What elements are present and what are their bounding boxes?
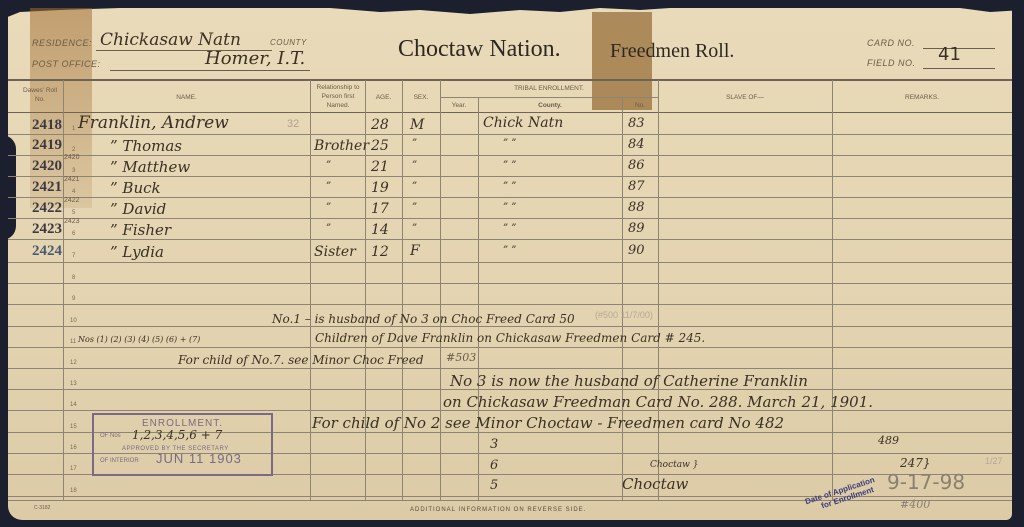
- enrollment-no: 84: [628, 137, 645, 152]
- sex: ”: [412, 181, 417, 192]
- form-number: C-3182: [34, 505, 50, 511]
- residence-label: RESIDENCE:: [32, 38, 92, 48]
- sex: M: [410, 117, 424, 133]
- note-line-11-prefix: Nos (1) (2) (3) (4) (5) (6) + (7): [78, 335, 200, 344]
- col-header-name: NAME.: [63, 93, 310, 102]
- age: 28: [371, 117, 389, 133]
- note-line-10: No.1 – is husband of No 3 on Choc Freed …: [272, 312, 575, 326]
- line-number: 7: [72, 253, 75, 259]
- line-number: 10: [70, 318, 77, 324]
- sex: F: [410, 243, 420, 259]
- county: ” ”: [503, 245, 516, 256]
- enrollment-no: 83: [628, 116, 645, 131]
- age: 21: [371, 159, 389, 175]
- line-number: 3: [72, 168, 75, 174]
- note-line-17-num: 6: [490, 458, 498, 473]
- dawes-roll-no: 2421: [12, 179, 62, 196]
- col-header-age: AGE.: [365, 93, 402, 102]
- note-line-13: No 3 is now the husband of Catherine Fra…: [450, 372, 808, 390]
- dawes-roll-no: 2419: [12, 137, 62, 154]
- col-header-slave-of: SLAVE OF—: [658, 93, 832, 102]
- person-name: ” Lydia: [110, 243, 164, 261]
- margin-note: 2420: [64, 154, 80, 161]
- col-header-tribal-enrollment: TRIBAL ENROLLMENT.: [440, 84, 658, 93]
- field-no-value: 41: [938, 44, 961, 65]
- relationship: ”: [326, 202, 331, 213]
- post-office-label: POST OFFICE:: [32, 59, 101, 69]
- note-line-17-word: Choctaw }: [650, 460, 698, 470]
- line-number: 8: [72, 275, 75, 281]
- line-number: 13: [70, 381, 77, 387]
- title-freedmen-roll: Freedmen Roll.: [610, 40, 734, 63]
- torn-edge: [0, 0, 1024, 30]
- sex: ”: [412, 202, 417, 213]
- note-line-15: For child of No 2 see Minor Choctaw - Fr…: [312, 414, 784, 432]
- person-name: ” David: [110, 200, 166, 218]
- col-header-sex: SEX.: [402, 93, 440, 102]
- title-choctaw-nation: Choctaw Nation.: [398, 36, 561, 63]
- enrollment-no: 88: [628, 200, 645, 215]
- line-number: 12: [70, 360, 77, 366]
- dawes-roll-no: 2422: [12, 200, 62, 217]
- county: ” ”: [503, 181, 516, 192]
- note-line-18-num: 5: [490, 478, 498, 493]
- note-line-12: For child of No.7. see Minor Choc Freed: [178, 353, 424, 367]
- card-no-label: CARD NO.: [867, 38, 915, 48]
- stamp-of-interior: OF INTERIOR: [100, 458, 139, 464]
- margin-pencil-note: 1/27: [985, 456, 1003, 466]
- person-name: ” Thomas: [110, 137, 182, 155]
- sex: ”: [412, 223, 417, 234]
- field-no-underline: [923, 68, 995, 69]
- application-number: #400: [900, 498, 930, 511]
- pencil-note: 32: [287, 118, 299, 130]
- col-header-remarks: REMARKS.: [832, 93, 1012, 102]
- note-line-14: on Chickasaw Freedman Card No. 288. Marc…: [443, 393, 873, 411]
- relationship: ”: [326, 223, 331, 234]
- application-date: 9-17-98: [887, 470, 965, 494]
- sex: ”: [412, 160, 417, 171]
- line-number: 15: [70, 424, 77, 430]
- county: ” ”: [503, 138, 516, 149]
- col-header-no: No.: [622, 101, 658, 110]
- enrollment-no: 90: [628, 243, 645, 258]
- age: 25: [371, 138, 389, 154]
- county: ” ”: [503, 160, 516, 171]
- line-number: 1: [72, 126, 75, 132]
- enrollment-no: 89: [628, 221, 645, 236]
- stamp-of-nos-value: 1,2,3,4,5,6 + 7: [132, 428, 222, 442]
- enrollment-no: 86: [628, 158, 645, 173]
- post-office-underline: [110, 70, 310, 71]
- relationship: Sister: [314, 244, 356, 260]
- sex: ”: [412, 138, 417, 149]
- note-line-16-num: 3: [490, 437, 498, 452]
- person-name: Franklin, Andrew: [78, 113, 229, 133]
- county: ” ”: [503, 202, 516, 213]
- age: 19: [371, 180, 389, 196]
- dawes-roll-no: 2423: [12, 221, 62, 238]
- line-number: 14: [70, 402, 77, 408]
- line-number: 2: [72, 147, 75, 153]
- stamp-date: JUN 11 1903: [156, 451, 242, 466]
- line-number: 9: [72, 296, 75, 302]
- col-header-county: County.: [478, 101, 622, 110]
- line-number: 11: [70, 339, 76, 345]
- note-line-11: Children of Dave Franklin on Chickasaw F…: [315, 331, 705, 345]
- age: 12: [371, 244, 389, 260]
- post-office-value: Homer, I.T.: [205, 48, 305, 69]
- margin-note: 2423: [64, 218, 80, 225]
- field-no-label: FIELD NO.: [867, 58, 916, 68]
- line-number: 18: [70, 488, 77, 494]
- age: 17: [371, 201, 389, 217]
- age: 14: [371, 222, 389, 238]
- margin-note: 2422: [64, 197, 80, 204]
- line-number: 16: [70, 445, 77, 451]
- col-header-year: Year.: [440, 101, 478, 110]
- line-number: 6: [72, 231, 75, 237]
- dawes-roll-no: 2424: [12, 243, 62, 260]
- col-header-relationship: Relationship to Person first Named.: [312, 83, 364, 110]
- note-line-12-card: #503: [446, 351, 476, 364]
- residence-value: Chickasaw Natn: [100, 30, 241, 50]
- margin-note: 2421: [64, 176, 80, 183]
- relationship: Brother: [314, 138, 369, 154]
- note-line-16-card: 489: [878, 434, 899, 447]
- footer-note: ADDITIONAL INFORMATION ON REVERSE SIDE.: [410, 507, 586, 513]
- dawes-roll-no: 2418: [12, 117, 62, 134]
- county: ” ”: [503, 223, 516, 234]
- relationship: ”: [326, 181, 331, 192]
- line-number: 4: [72, 189, 75, 195]
- county-label: COUNTY: [270, 38, 307, 47]
- col-header-dawes: Dawes' Roll No.: [18, 86, 62, 104]
- stamp-of-nos-label: OF Nos: [100, 433, 121, 439]
- person-name: ” Matthew: [110, 158, 190, 176]
- pencil-note-line-10: (#500 11/7/00): [595, 310, 653, 320]
- note-line-17-card: 247}: [900, 456, 931, 470]
- relationship: ”: [326, 160, 331, 171]
- enrollment-no: 87: [628, 179, 645, 194]
- person-name: ” Fisher: [110, 221, 171, 239]
- note-line-18-word: Choctaw: [622, 475, 688, 493]
- dawes-roll-no: 2420: [12, 158, 62, 175]
- county: Chick Natn: [483, 115, 563, 131]
- enrollment-approval-stamp: ENROLLMENT. OF Nos 1,2,3,4,5,6 + 7 APPRO…: [92, 413, 273, 476]
- line-number: 5: [72, 210, 75, 216]
- person-name: ” Buck: [110, 179, 161, 197]
- line-number: 17: [70, 466, 77, 472]
